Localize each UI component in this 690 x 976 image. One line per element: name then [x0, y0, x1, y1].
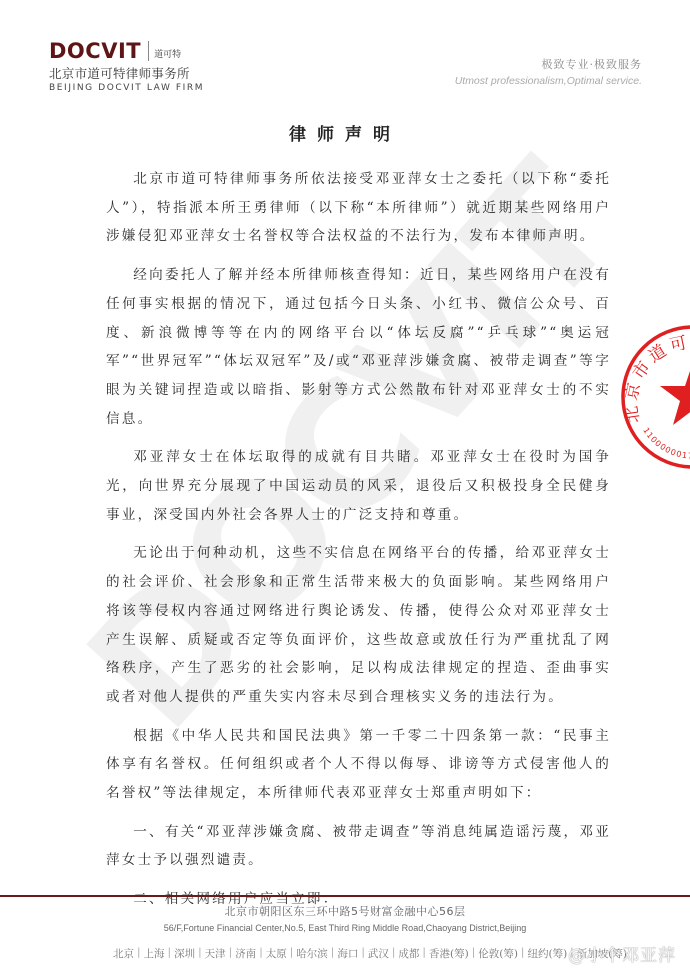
firm-name-en: BEIJING DOCVIT LAW FIRM	[49, 83, 204, 93]
address-en: 56/F,Fortune Financial Center,No.5, East…	[0, 923, 690, 933]
city-item: 海口	[334, 946, 361, 961]
city-item: 伦敦(筹)	[475, 946, 521, 961]
logo-divider	[148, 41, 149, 61]
logo-brand-cn: 道可特	[154, 47, 181, 60]
weibo-watermark: @小个邓亚萍	[568, 941, 676, 966]
city-item: 武汉	[365, 946, 392, 961]
paragraph-statement-1: 一、有关“邓亚萍涉嫌贪腐、被带走调查”等消息纯属造谣污蔑，邓亚萍女士予以强烈谴责…	[106, 818, 611, 875]
letterhead: DOCVIT 道可特 北京市道可特律师事务所 BEIJING DOCVIT LA…	[0, 0, 690, 95]
footer-divider	[0, 895, 690, 897]
document-body: 北京市道可特律师事务所依法接受邓亚萍女士之委托（以下称“委托人”），特指派本所王…	[106, 165, 611, 924]
address-cn: 北京市朝阳区东三环中路5号财富金融中心56层	[0, 903, 690, 919]
paragraph-impact: 无论出于何种动机，这些不实信息在网络平台的传播，给邓亚萍女士的社会评价、社会形象…	[106, 539, 611, 711]
city-item: 北京	[110, 946, 137, 961]
slogan-cn: 极致专业·极致服务	[455, 56, 642, 72]
document-title: 律师声明	[0, 120, 690, 145]
slogan: 极致专业·极致服务 Utmost professionalism,Optimal…	[455, 56, 642, 87]
city-item: 深圳	[171, 946, 198, 961]
city-item: 哈尔滨	[293, 946, 331, 961]
slogan-en: Utmost professionalism,Optimal service.	[455, 75, 642, 87]
city-item: 成都	[395, 946, 422, 961]
paragraph-achievements: 邓亚萍女士在体坛取得的成就有目共睹。邓亚萍女士在役时为国争光，向世界充分展现了中…	[106, 443, 611, 529]
city-item: 上海	[141, 946, 168, 961]
firm-logo: DOCVIT 道可特 北京市道可特律师事务所 BEIJING DOCVIT LA…	[49, 40, 204, 93]
official-seal-icon: 北京市道可特 1100000017	[618, 322, 690, 472]
paragraph-legal-basis: 根据《中华人民共和国民法典》第一千零二十四条第一款：“民事主体享有名誉权。任何组…	[106, 722, 611, 808]
firm-name-cn: 北京市道可特律师事务所	[49, 64, 204, 82]
city-item: 天津	[202, 946, 229, 961]
logo-brand: DOCVIT	[49, 40, 141, 62]
paragraph-facts: 经向委托人了解并经本所律师核查得知：近日，某些网络用户在没有任何事实根据的情况下…	[106, 261, 611, 433]
svg-text:1100000017: 1100000017	[641, 426, 690, 461]
office-cities: 北京| 上海| 深圳| 天津| 济南| 太原| 哈尔滨| 海口| 武汉| 成都|…	[110, 946, 630, 961]
city-item: 纽约(筹)	[524, 946, 570, 961]
paragraph-intro: 北京市道可特律师事务所依法接受邓亚萍女士之委托（以下称“委托人”），特指派本所王…	[106, 165, 611, 251]
footer: 北京市朝阳区东三环中路5号财富金融中心56层 56/F,Fortune Fina…	[0, 903, 690, 933]
city-item: 太原	[263, 946, 290, 961]
city-item: 济南	[232, 946, 259, 961]
city-item: 香港(筹)	[426, 946, 472, 961]
